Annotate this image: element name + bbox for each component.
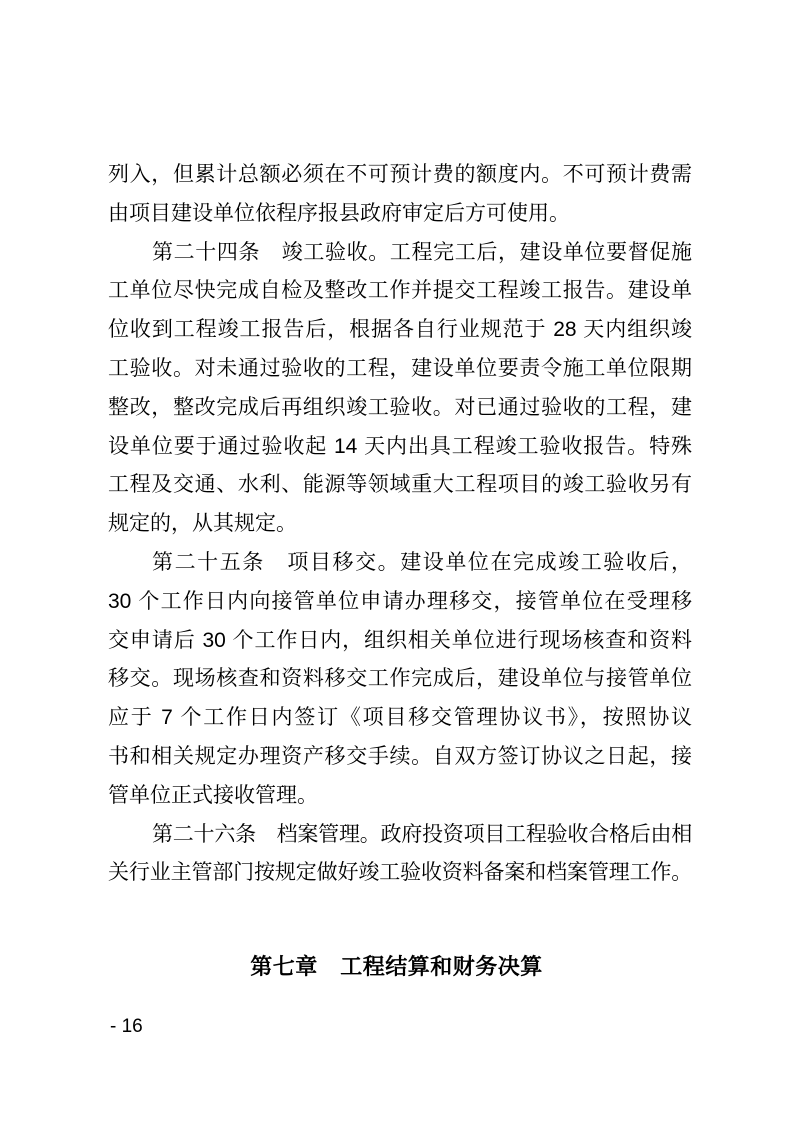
- page-number-label: - 16: [110, 1014, 143, 1040]
- text-line: 设单位要于通过验收起 14 天内出具工程竣工验收报告。特殊: [108, 428, 692, 467]
- text-line: 规定的，从其规定。: [108, 505, 692, 544]
- text-line: 30 个工作日内向接管单位申请办理移交，接管单位在受理移: [108, 583, 692, 622]
- text-line: 位收到工程竣工报告后，根据各自行业规范于 28 天内组织竣: [108, 311, 692, 350]
- text-line: 管单位正式接收管理。: [108, 777, 692, 816]
- text-line: 工验收。对未通过验收的工程，建设单位要责令施工单位限期: [108, 350, 692, 389]
- text-line: 工程及交通、水利、能源等领域重大工程项目的竣工验收另有: [108, 466, 692, 505]
- text-line: 第二十五条 项目移交。建设单位在完成竣工验收后，: [108, 544, 692, 583]
- text-line: 工单位尽快完成自检及整改工作并提交工程竣工报告。建设单: [108, 272, 692, 311]
- document-page: 列入，但累计总额必须在不可预计费的额度内。不可预计费需 由项目建设单位依程序报县…: [0, 0, 793, 1122]
- text-line: 第二十四条 竣工验收。工程完工后，建设单位要督促施: [108, 234, 692, 273]
- text-line: 第二十六条 档案管理。政府投资项目工程验收合格后由相: [108, 816, 692, 855]
- text-line: 交申请后 30 个工作日内，组织相关单位进行现场核查和资料: [108, 622, 692, 661]
- text-line: 应于 7 个工作日内签订《项目移交管理协议书》，按照协议: [108, 699, 692, 738]
- text-line: 书和相关规定办理资产移交手续。自双方签订协议之日起，接: [108, 738, 692, 777]
- chapter-heading: 第七章 工程结算和财务决算: [0, 948, 793, 987]
- text-line: 移交。现场核查和资料移交工作完成后，建设单位与接管单位: [108, 660, 692, 699]
- text-line: 由项目建设单位依程序报县政府审定后方可使用。: [108, 195, 692, 234]
- text-line: 整改，整改完成后再组织竣工验收。对已通过验收的工程，建: [108, 389, 692, 428]
- text-line: 列入，但累计总额必须在不可预计费的额度内。不可预计费需: [108, 156, 692, 195]
- body-text: 列入，但累计总额必须在不可预计费的额度内。不可预计费需 由项目建设单位依程序报县…: [108, 156, 692, 893]
- text-line: 关行业主管部门按规定做好竣工验收资料备案和档案管理工作。: [108, 854, 692, 893]
